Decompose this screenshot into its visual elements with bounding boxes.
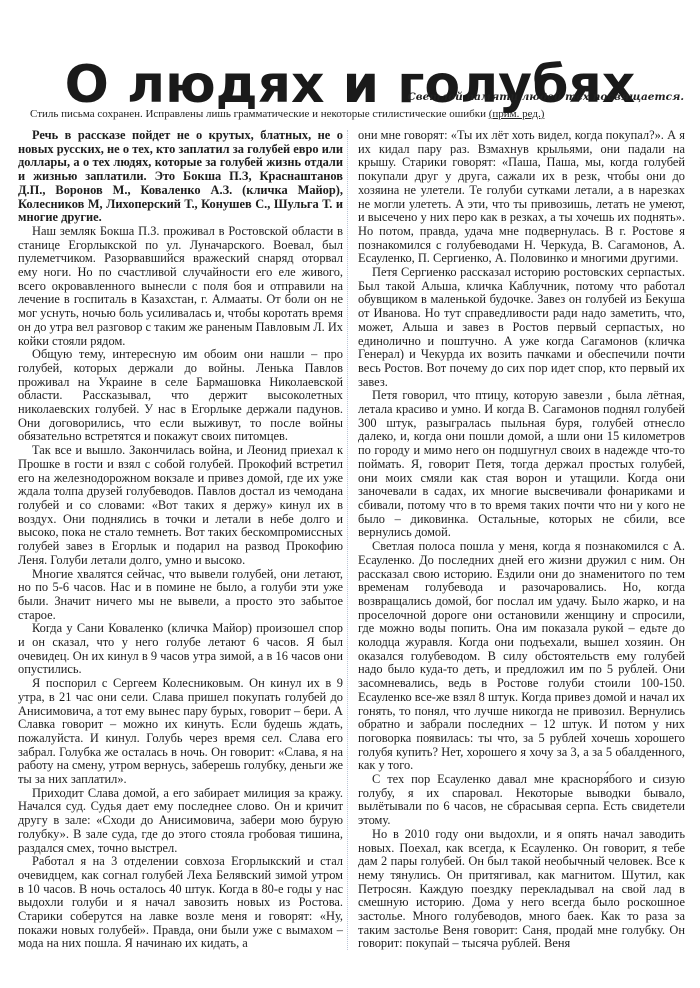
right-column: они мне говорят: «Ты их лёт хоть видел, … xyxy=(358,129,685,951)
paragraph: Светлая полоса пошла у меня, когда я поз… xyxy=(358,540,685,773)
paragraph: Общую тему, интересную им обоим они нашл… xyxy=(18,348,343,444)
lead-paragraph: Речь в рассказе пойдет не о крутых, блат… xyxy=(18,129,343,225)
paragraph: Когда у Сани Коваленко (кличка Майор) пр… xyxy=(18,622,343,677)
article-title: О людях и голубях xyxy=(0,55,700,115)
paragraph: они мне говорят: «Ты их лёт хоть видел, … xyxy=(358,129,685,266)
editor-note-text: Стиль письма сохранен. Исправлены лишь г… xyxy=(30,108,489,120)
editor-note-link: (прим. ред.) xyxy=(489,108,545,120)
paragraph: Приходит Слава домой, а его забирает мил… xyxy=(18,787,343,856)
paragraph: Так все и вышло. Закончилась война, и Ле… xyxy=(18,444,343,567)
paragraph: Наш земляк Бокша П.З. проживал в Ростовс… xyxy=(18,225,343,348)
paragraph: Работал я на 3 отделении совхоза Егорлык… xyxy=(18,855,343,951)
newspaper-page: О людях и голубях Светлой памяти людей т… xyxy=(0,0,700,988)
paragraph: Многие хвалятся сейчас, что вывели голуб… xyxy=(18,568,343,623)
dedication: Светлой памяти людей тех посвящается. xyxy=(407,91,684,103)
paragraph: Петя Сергиенко рассказал историю ростовс… xyxy=(358,266,685,389)
paragraph: С тех пор Есауленко давал мне красноря́б… xyxy=(358,773,685,828)
left-column: Речь в рассказе пойдет не о крутых, блат… xyxy=(18,129,343,951)
editor-note: Стиль письма сохранен. Исправлены лишь г… xyxy=(30,108,544,120)
paragraph: Петя говорил, что птицу, которую завезли… xyxy=(358,389,685,540)
paragraph: Но в 2010 году они выдохли, и я опять на… xyxy=(358,828,685,951)
paragraph: Я поспорил с Сергеем Колесниковым. Он ки… xyxy=(18,677,343,787)
column-divider xyxy=(347,130,348,950)
